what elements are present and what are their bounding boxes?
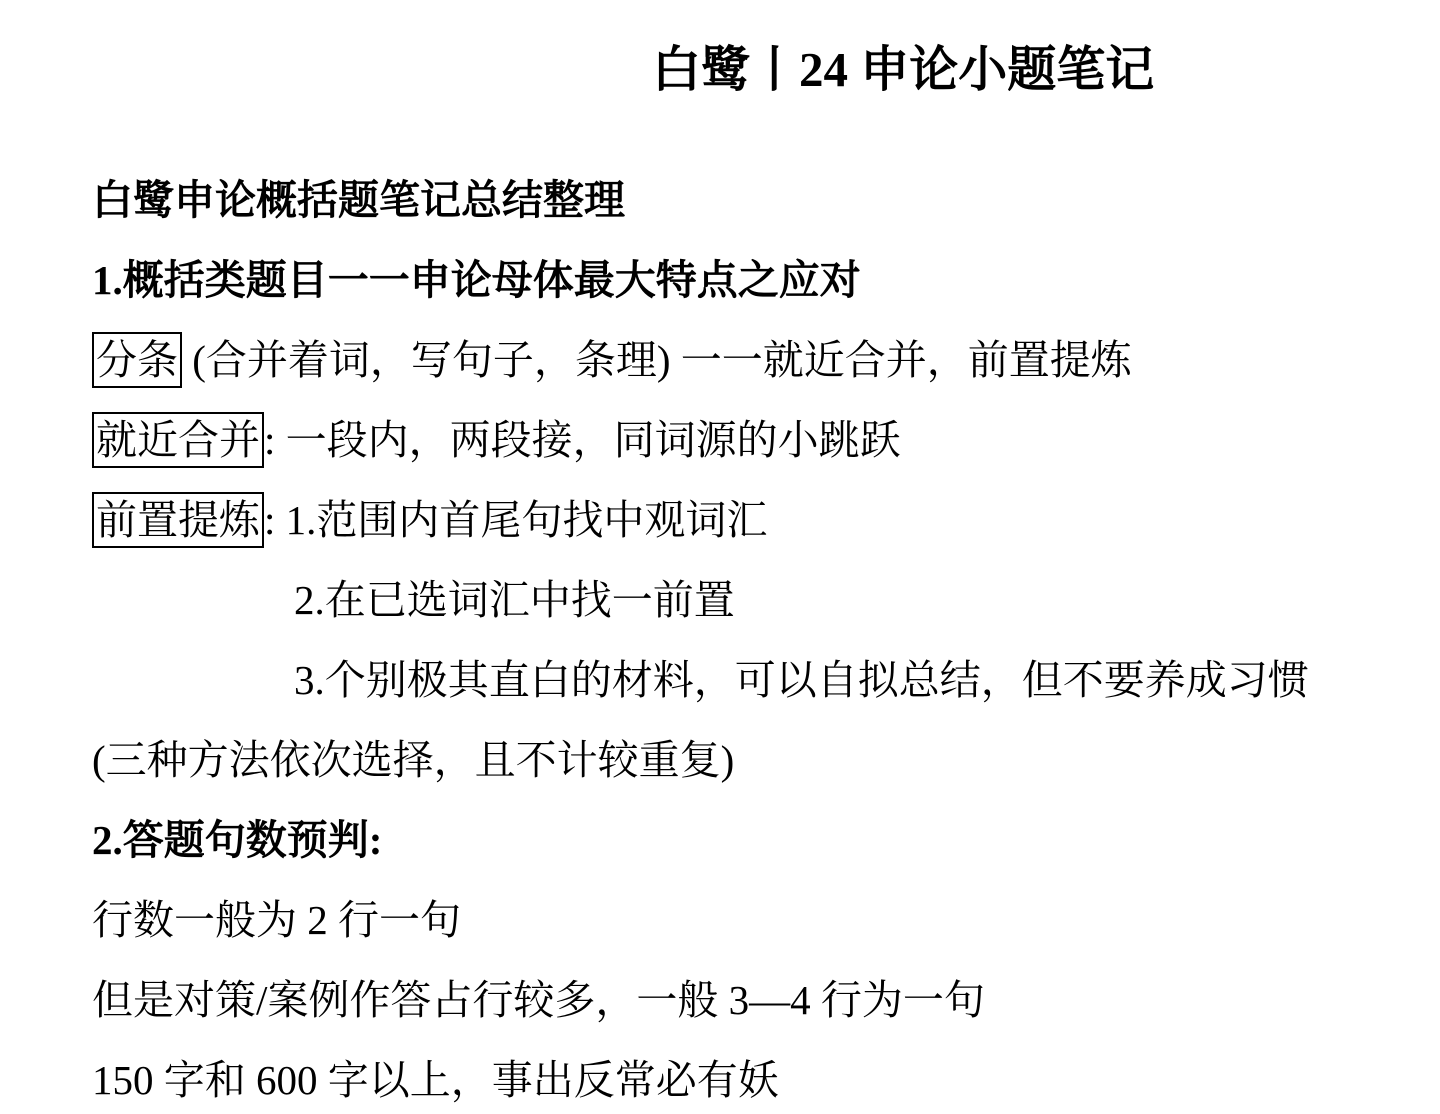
line-jiujin: 就近合并: 一段内，两段接，同词源的小跳跃 bbox=[92, 400, 901, 480]
boxed-term-qianzhi: 前置提炼 bbox=[92, 492, 264, 548]
line-fentiao-text: (合并着词，写句子，条理) 一一就近合并，前置提炼 bbox=[182, 337, 1132, 383]
line-jiujin-text: : 一段内，两段接，同词源的小跳跃 bbox=[264, 417, 901, 463]
boxed-term-jiujin: 就近合并 bbox=[92, 412, 264, 468]
line-sub3: 3.个别极其直白的材料，可以自拟总结，但不要养成习惯 bbox=[294, 640, 1309, 720]
boxed-term-fentiao: 分条 bbox=[92, 332, 182, 388]
item2-line2: 但是对策/案例作答占行较多，一般 3—4 行为一句 bbox=[92, 960, 985, 1040]
document-page: 白鹭丨24 申论小题笔记 白鹭申论概括题笔记总结整理 1.概括类题目一一申论母体… bbox=[0, 0, 1440, 1114]
line-qianzhi: 前置提炼: 1.范围内首尾句找中观词汇 bbox=[92, 480, 767, 560]
item2-line1: 行数一般为 2 行一句 bbox=[92, 880, 461, 960]
item2-line3: 150 字和 600 字以上，事出反常必有妖 bbox=[92, 1040, 779, 1114]
document-title: 白鹭丨24 申论小题笔记 bbox=[652, 30, 1154, 110]
line-note: (三种方法依次选择，且不计较重复) bbox=[92, 720, 734, 800]
section-heading: 白鹭申论概括题笔记总结整理 bbox=[92, 160, 625, 240]
line-sub2: 2.在已选词汇中找一前置 bbox=[294, 560, 735, 640]
line-qianzhi-text: : 1.范围内首尾句找中观词汇 bbox=[264, 497, 767, 543]
line-fentiao: 分条 (合并着词，写句子，条理) 一一就近合并，前置提炼 bbox=[92, 320, 1132, 400]
item2-heading: 2.答题句数预判: bbox=[92, 800, 382, 880]
item1-heading: 1.概括类题目一一申论母体最大特点之应对 bbox=[92, 240, 861, 320]
